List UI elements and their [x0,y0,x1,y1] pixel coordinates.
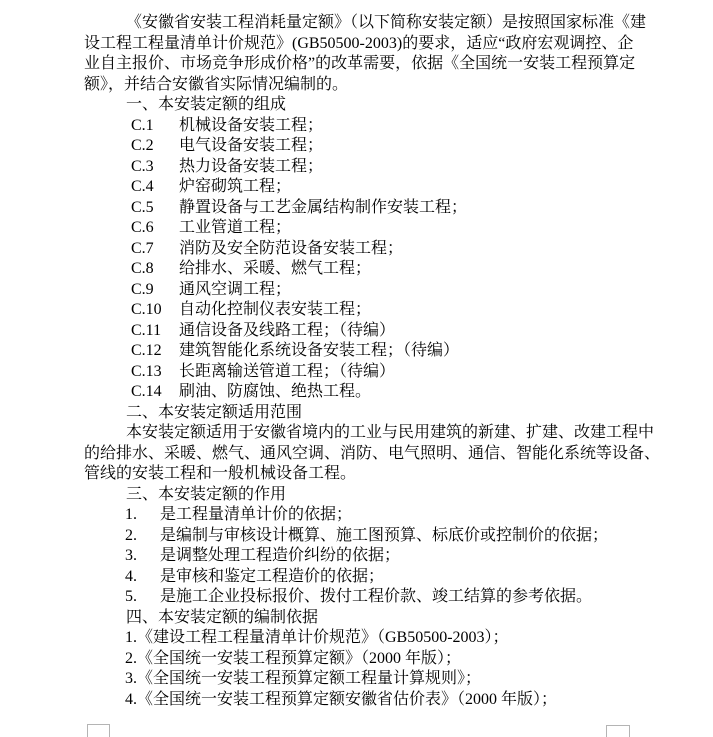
item-number: C.1 [131,116,179,137]
c-item: C.3热力设备安装工程； [84,157,669,178]
section-heading: 四、本安装定额的编制依据 [84,608,669,629]
item-number: C.6 [131,218,179,239]
item-number: C.4 [131,177,179,198]
c-item: C.5静置设备与工艺金属结构制作安装工程； [84,198,669,219]
c-item: C.14刷油、防腐蚀、绝热工程。 [84,382,669,403]
item-number: C.3 [131,157,179,178]
item-number: C.7 [131,239,179,260]
c-item: C.1机械设备安装工程； [84,116,669,137]
item-text: 炉窑砌筑工程； [179,178,291,195]
paragraph-line: 管线的安装工程和一般机械设备工程。 [84,464,669,485]
item-text: 工业管道工程； [179,219,291,236]
paragraph-line: 的给排水、采暖、燃气、通风空调、消防、电气照明、通信、智能化系统等设备、 [84,444,669,465]
item-text: 自动化控制仪表安装工程； [179,301,371,318]
c-item: C.6工业管道工程； [84,218,669,239]
item-text: 静置设备与工艺金属结构制作安装工程； [179,199,467,216]
reference-item: 4.《全国统一安装工程预算定额安徽省估价表》（2000 年版）； [84,690,669,711]
reference-item: 3.《全国统一安装工程预算定额工程量计算规则》； [84,669,669,690]
c-item: C.12建筑智能化系统设备安装工程；（待编） [84,341,669,362]
paragraph-line: 本安装定额适用于安徽省境内的工业与民用建筑的新建、扩建、改建工程中 [84,423,669,444]
paragraph-line: 业自主报价、市场竞争形成价格”的改革需要，依据《全国统一安装工程预算定 [84,54,669,75]
item-text: 建筑智能化系统设备安装工程；（待编） [179,342,459,359]
item-number: C.10 [131,300,179,321]
c-item: C.11通信设备及线路工程；（待编） [84,321,669,342]
paragraph-line: 《安徽省安装工程消耗量定额》（以下简称安装定额）是按照国家标准《建 [84,13,669,34]
c-item: C.4炉窑砌筑工程； [84,177,669,198]
item-number: C.8 [131,259,179,280]
item-text: 给排水、采暖、燃气工程； [179,260,371,277]
section-heading: 三、本安装定额的作用 [84,485,669,506]
c-item: C.10自动化控制仪表安装工程； [84,300,669,321]
item-text: 电气设备安装工程； [179,137,323,154]
list-item: 5.是施工企业投标报价、拨付工程价款、竣工结算的参考依据。 [84,587,669,608]
reference-item: 1.《建设工程工程量清单计价规范》（GB50500-2003）； [84,628,669,649]
item-number: 3. [125,546,160,567]
section-heading: 二、本安装定额适用范围 [84,403,669,424]
c-item: C.13长距离输送管道工程；（待编） [84,362,669,383]
c-item: C.9通风空调工程； [84,280,669,301]
document-body: 《安徽省安装工程消耗量定额》（以下简称安装定额）是按照国家标准《建 设工程工程量… [84,13,669,710]
item-number: C.9 [131,280,179,301]
item-text: 是调整处理工程造价纠纷的依据； [160,547,400,564]
paragraph-line: 设工程工程量清单计价规范》(GB50500-2003)的要求，适应“政府宏观调控… [84,34,669,55]
list-item: 3.是调整处理工程造价纠纷的依据； [84,546,669,567]
item-text: 长距离输送管道工程；（待编） [179,363,395,380]
c-item: C.7消防及安全防范设备安装工程； [84,239,669,260]
item-text: 是审核和鉴定工程造价的依据； [160,568,384,585]
item-text: 通信设备及线路工程；（待编） [179,322,395,339]
item-text: 通风空调工程； [179,281,291,298]
item-text: 机械设备安装工程； [179,117,323,134]
item-number: C.5 [131,198,179,219]
c-item: C.8给排水、采暖、燃气工程； [84,259,669,280]
paragraph-line: 额》，并结合安徽省实际情况编制的。 [84,75,669,96]
list-item: 4.是审核和鉴定工程造价的依据； [84,567,669,588]
item-number: C.14 [131,382,179,403]
item-number: 4. [125,567,160,588]
item-text: 是工程量清单计价的依据； [160,506,352,523]
list-item: 2.是编制与审核设计概算、施工图预算、标底价或控制价的依据； [84,526,669,547]
item-number: 2. [125,526,160,547]
item-text: 消防及安全防范设备安装工程； [179,240,403,257]
item-text: 热力设备安装工程； [179,158,323,175]
item-text: 刷油、防腐蚀、绝热工程。 [179,383,371,400]
item-number: C.12 [131,341,179,362]
item-number: C.13 [131,362,179,383]
item-number: C.2 [131,136,179,157]
section-heading: 一、本安装定额的组成 [84,95,669,116]
text-boundary-mark [87,724,110,737]
list-item: 1.是工程量清单计价的依据； [84,505,669,526]
item-text: 是施工企业投标报价、拨付工程价款、竣工结算的参考依据。 [160,588,592,605]
item-number: C.11 [131,321,179,342]
item-number: 5. [125,587,160,608]
item-number: 1. [125,505,160,526]
item-text: 是编制与审核设计概算、施工图预算、标底价或控制价的依据； [160,527,608,544]
text-boundary-mark [606,725,630,737]
c-item: C.2电气设备安装工程； [84,136,669,157]
document-page: 《安徽省安装工程消耗量定额》（以下简称安装定额）是按照国家标准《建 设工程工程量… [0,0,713,737]
reference-item: 2.《全国统一安装工程预算定额》（2000 年版）； [84,649,669,670]
